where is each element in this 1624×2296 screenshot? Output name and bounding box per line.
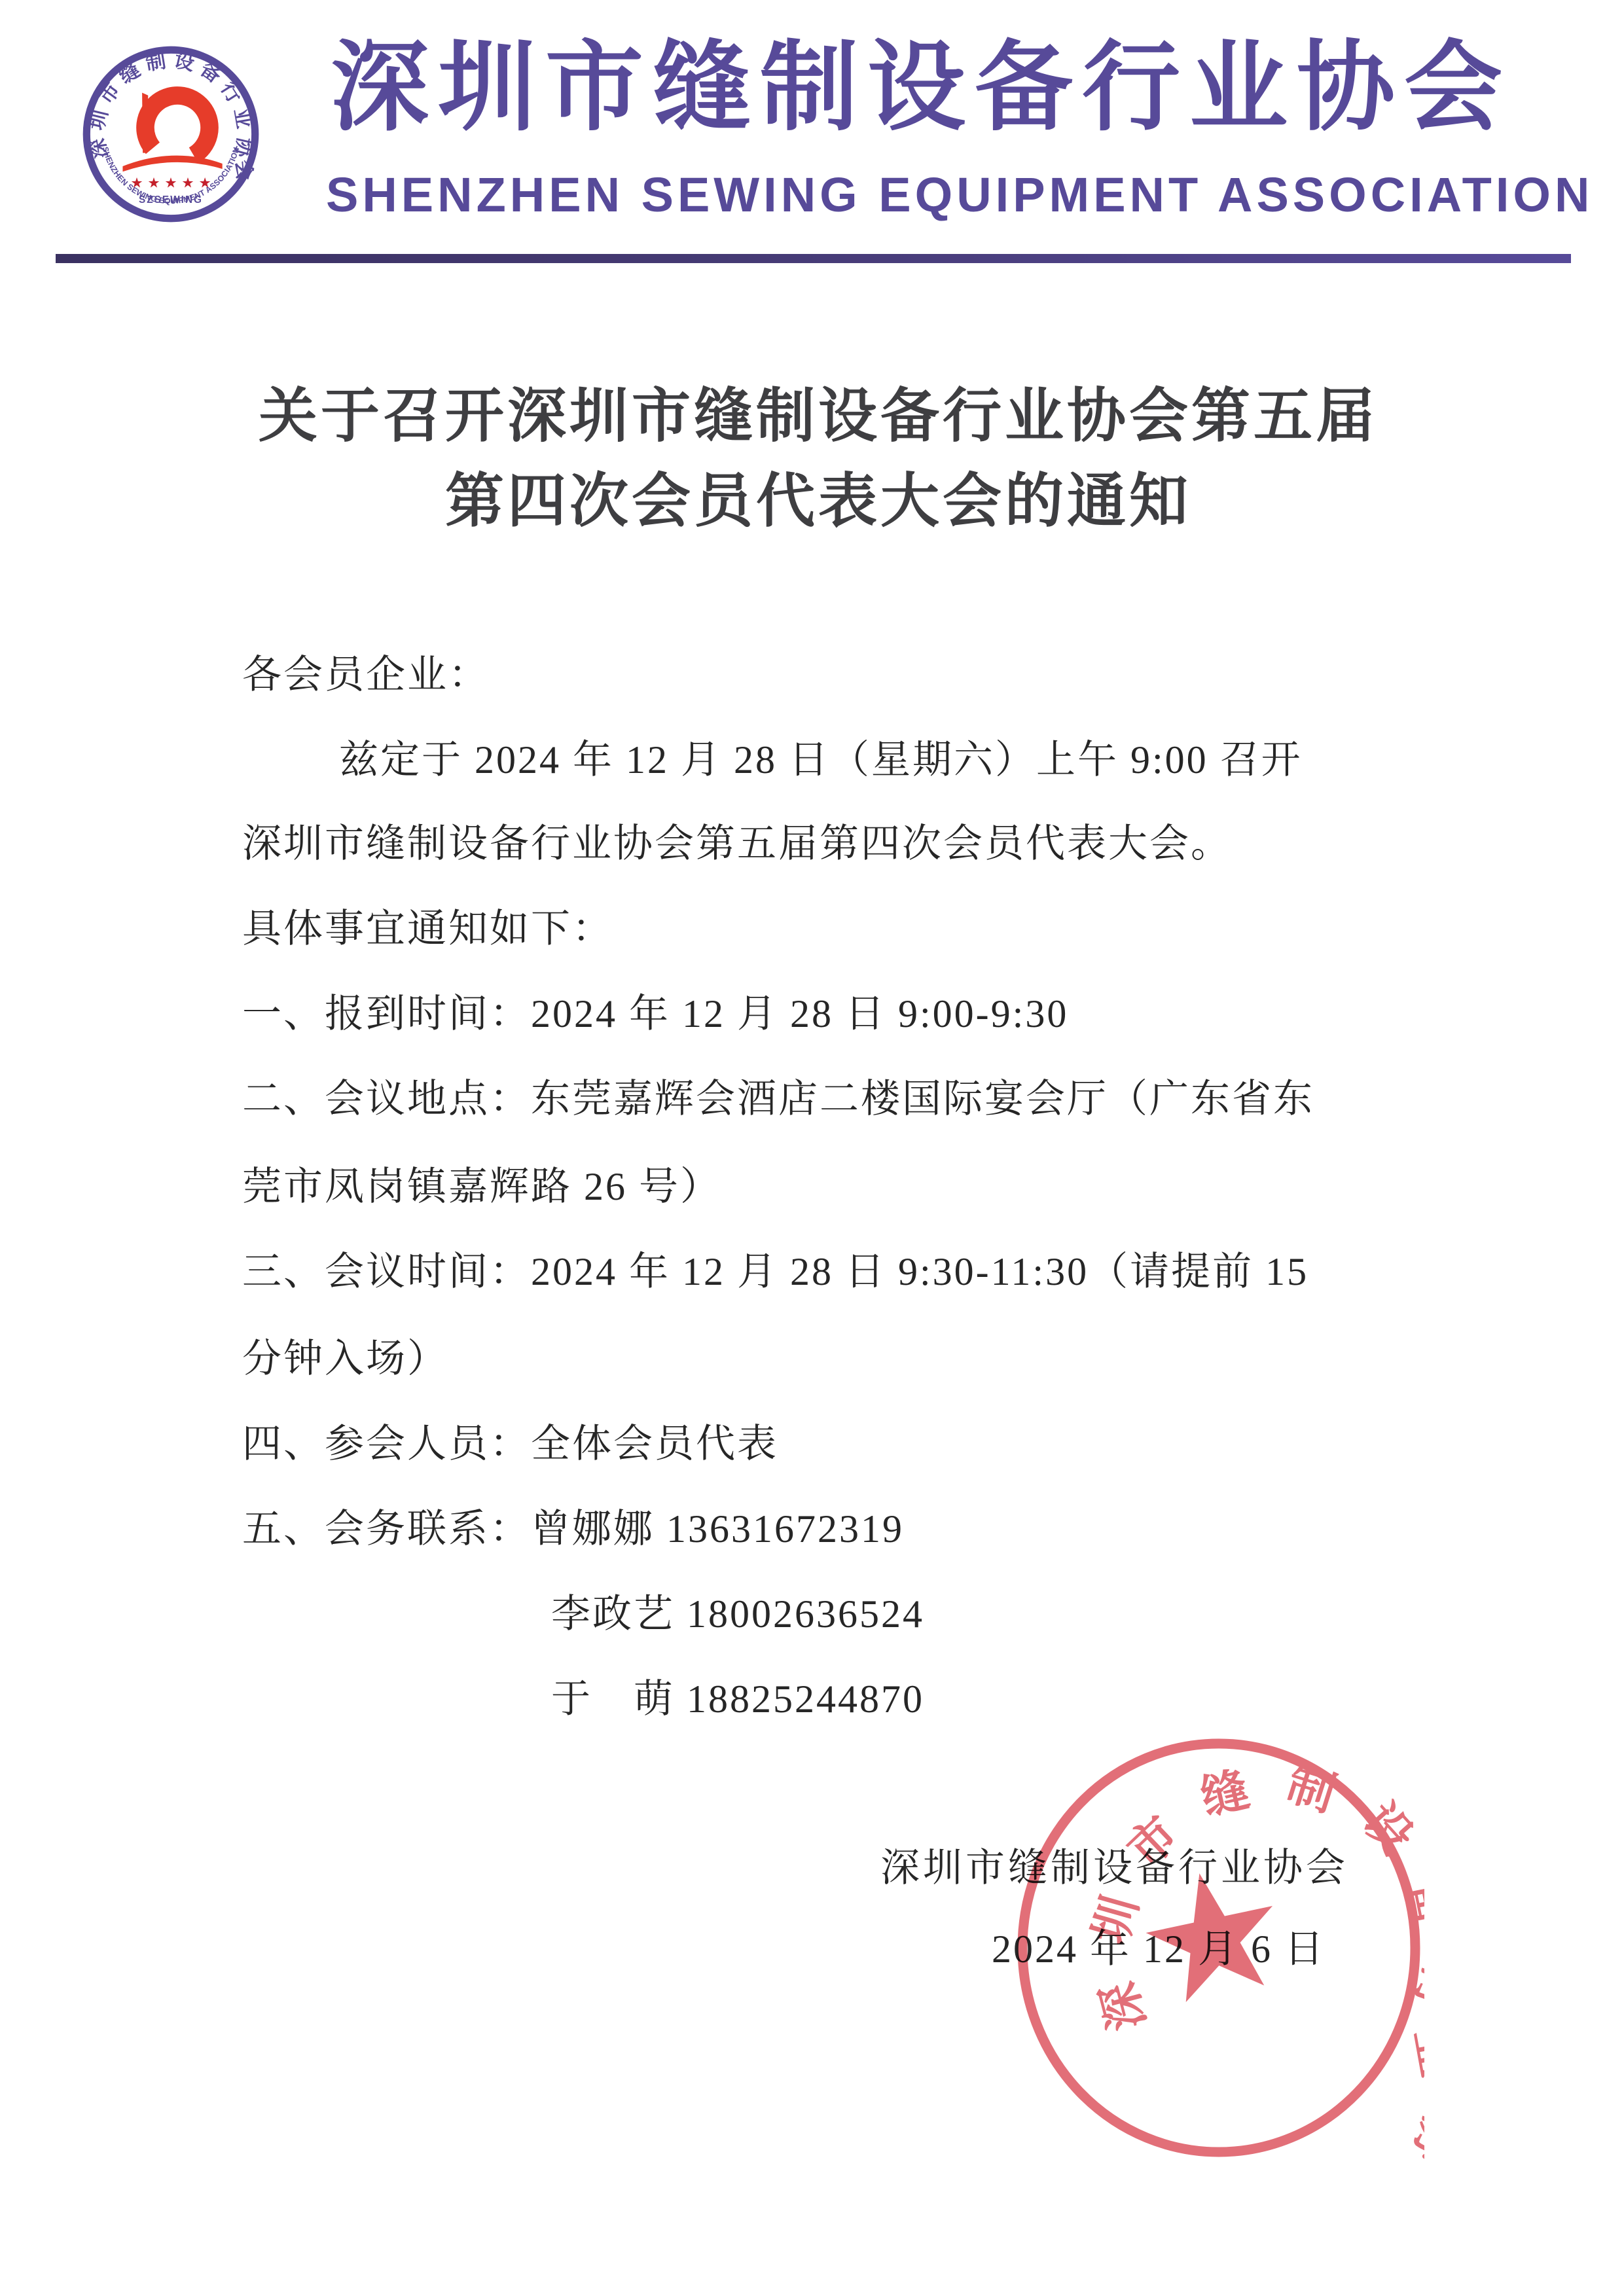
- intro-line: 深圳市缝制设备行业协会第五届第四次会员代表大会。: [242, 822, 1394, 865]
- header-divider: [56, 254, 1571, 263]
- salutation: 各会员企业：: [242, 653, 1394, 696]
- item-contact-2: 李政艺 18002636524: [242, 1592, 1394, 1636]
- item-contact-1: 五、会务联系：曾娜娜 13631672319: [242, 1507, 1394, 1551]
- seal-ring-text: 深圳市缝制设备行业协会: [1084, 1756, 1424, 2160]
- official-seal: 深圳市缝制设备行业协会: [1013, 1736, 1424, 2160]
- notice-title-line1: 关于召开深圳市缝制设备行业协会第五届: [92, 374, 1545, 459]
- logo-caption: SZSEWING: [139, 194, 203, 206]
- logo-stars: ★ ★ ★ ★ ★: [130, 175, 211, 192]
- item-meeting-cont: 分钟入场）: [242, 1337, 1394, 1380]
- item-checkin-time: 一、报到时间：2024 年 12 月 28 日 9:00-9:30: [242, 992, 1394, 1035]
- seal-star: [1136, 1860, 1289, 2007]
- body-line: 具体事宜通知如下：: [242, 907, 1394, 950]
- item-meeting-time: 三、会议时间：2024 年 12 月 28 日 9:30-11:30（请提前 1…: [242, 1250, 1394, 1293]
- item-attendees: 四、参会人员：全体会员代表: [242, 1422, 1394, 1465]
- item-venue: 二、会议地点：东莞嘉辉会酒店二楼国际宴会厅（广东省东: [242, 1077, 1394, 1121]
- intro-line: 兹定于 2024 年 12 月 28 日（星期六）上午 9:00 召开: [242, 738, 1394, 781]
- item-contact-3: 于 萌 18825244870: [242, 1677, 1394, 1721]
- association-logo: 深圳市缝制设备行业协会 SHENZHEN SEWING EQUIPMENT AS…: [77, 41, 264, 228]
- logo-ring: [86, 50, 255, 218]
- item-venue-cont: 莞市凤岗镇嘉辉路 26 号）: [242, 1165, 1394, 1208]
- notice-document: 深圳市缝制设备行业协会 SHENZHEN SEWING EQUIPMENT AS…: [0, 0, 1624, 2296]
- org-name-chinese: 深圳市缝制设备行业协会: [331, 31, 1542, 143]
- notice-title-line2: 第四次会员代表大会的通知: [92, 459, 1545, 545]
- notice-title: 关于召开深圳市缝制设备行业协会第五届 第四次会员代表大会的通知: [92, 374, 1545, 545]
- org-name-english: SHENZHEN SEWING EQUIPMENT ASSOCIATION: [326, 168, 1557, 223]
